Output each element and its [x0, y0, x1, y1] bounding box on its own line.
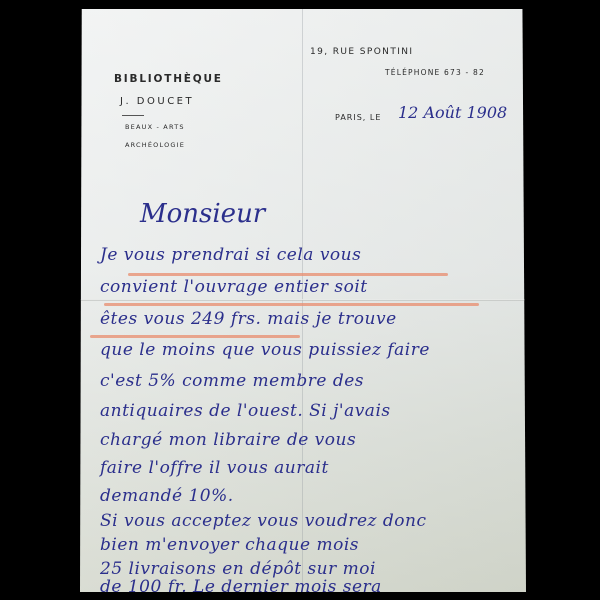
- letter-line-2: convient l'ouvrage entier soit: [100, 277, 368, 297]
- letter-date: 12 Août 1908: [398, 103, 507, 122]
- letter-salutation: Monsieur: [140, 199, 265, 229]
- letter-line-11: bien m'envoyer chaque mois: [100, 535, 359, 555]
- letterhead-place-prefix: PARIS, LE: [335, 113, 381, 122]
- letter-paper: BIBLIOTHÈQUE J. DOUCET BEAUX - ARTS ARCH…: [80, 9, 526, 592]
- highlight-mark-2: [104, 303, 479, 306]
- letter-line-8: faire l'offre il vous aurait: [100, 458, 329, 478]
- letter-line-12: 25 livraisons en dépôt sur moi: [100, 559, 376, 579]
- letter-line-6: antiquaires de l'ouest. Si j'avais: [100, 401, 391, 421]
- letter-line-13: de 100 fr. Le dernier mois sera: [100, 577, 382, 597]
- letterhead-name: J. DOUCET: [120, 96, 194, 107]
- letter-line-1: Je vous prendrai si cela vous: [100, 245, 361, 265]
- letter-line-10: Si vous acceptez vous voudrez donc: [100, 511, 427, 531]
- horizontal-fold-crease: [80, 299, 526, 301]
- letterhead-subtitle-archeologie: ARCHÉOLOGIE: [125, 141, 185, 149]
- letter-line-7: chargé mon libraire de vous: [100, 430, 356, 450]
- letter-line-3: êtes vous 249 frs. mais je trouve: [100, 309, 397, 329]
- letter-line-9: demandé 10%.: [100, 486, 234, 506]
- letterhead-divider: [122, 115, 144, 116]
- letterhead-address: 19, RUE SPONTINI: [310, 47, 413, 57]
- highlight-mark-1: [128, 273, 448, 276]
- letterhead-subtitle-beaux-arts: BEAUX - ARTS: [125, 123, 185, 131]
- letter-line-5: c'est 5% comme membre des: [100, 371, 364, 391]
- highlight-mark-3: [90, 335, 300, 338]
- letter-line-4: que le moins que vous puissiez faire: [100, 340, 430, 360]
- letterhead-title: BIBLIOTHÈQUE: [114, 73, 223, 85]
- letterhead-telephone: TÉLÉPHONE 673 - 82: [385, 68, 485, 77]
